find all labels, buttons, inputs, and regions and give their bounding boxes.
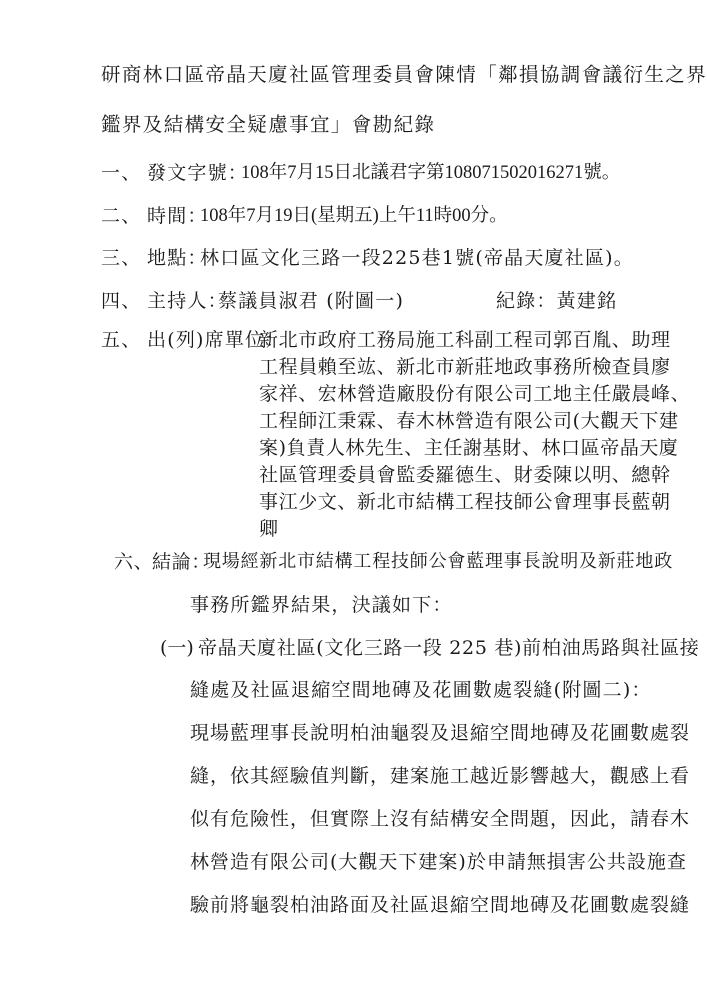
- subsection-marker: (一): [160, 636, 194, 660]
- attendees-line: 事江少文、新北市結構工程技師公會理事長藍朝: [259, 490, 671, 514]
- document-title-line-2: 鑑界及結構安全疑慮事宜」會勘紀錄: [101, 113, 435, 137]
- attendees-line: 新北市政府工務局施工科副工程司郭百胤、助理: [259, 328, 671, 352]
- item-label: 主持人：: [147, 289, 228, 313]
- subsection-body-line: 似有危險性，但實際上沒有結構安全問題，因此，請春木: [190, 807, 690, 831]
- item-marker: 二、: [101, 204, 141, 228]
- attendees-line: 工程師江秉霖、春木林營造有限公司(大觀天下建: [259, 409, 679, 433]
- attendees-line: 社區管理委員會監委羅德生、財委陳以明、總幹: [259, 463, 671, 487]
- subsection-heading-line: 縫處及社區退縮空間地磚及花圃數處裂縫(附圖二)：: [190, 678, 652, 702]
- item-marker: 四、: [101, 289, 141, 313]
- recorder-name: 紀錄：黃建銘: [496, 289, 617, 313]
- item-value: 108年7月19日(星期五)上午11時00分。: [200, 204, 508, 228]
- item-label: 結論：: [152, 550, 211, 574]
- attendees-line: 卿: [259, 517, 279, 541]
- attendees-line: 案)負責人林先生、主任謝基財、林口區帝晶天廈: [259, 436, 679, 460]
- item-value: 林口區文化三路一段225巷1號(帝晶天廈社區)。: [200, 246, 634, 270]
- subsection-body-line: 縫，依其經驗值判斷，建案施工越近影響越大，觀感上看: [190, 764, 690, 788]
- attendees-line: 家祥、宏林營造廠股份有限公司工地主任嚴晨峰、: [259, 382, 690, 406]
- item-label: 時間：: [147, 204, 208, 228]
- subsection-heading-line: 帝晶天廈社區(文化三路一段 225 巷)前柏油馬路與社區接: [198, 636, 699, 660]
- subsection-body-line: 現場藍理事長說明柏油龜裂及退縮空間地磚及花圃數處裂: [190, 721, 690, 745]
- item-label: 地點：: [147, 246, 208, 270]
- item-marker: 三、: [101, 246, 141, 270]
- item-marker: 六、: [114, 550, 153, 574]
- item-marker: 五、: [101, 328, 141, 352]
- document-title-line-1: 研商林口區帝晶天廈社區管理委員會陳情「鄰損協調會議衍生之界址: [101, 63, 707, 87]
- item-label: 發文字號：: [147, 161, 248, 185]
- subsection-body-line: 驗前將龜裂柏油路面及社區退縮空間地磚及花圃數處裂縫: [190, 893, 690, 917]
- attendees-line: 工程員賴至竑、新北市新莊地政事務所檢查員廖: [259, 355, 671, 379]
- subsection-body-line: 林營造有限公司(大觀天下建案)於申請無損害公共設施查: [190, 850, 687, 874]
- item-value: 108年7月15日北議君字第108071502016271號。: [241, 161, 620, 185]
- conclusion-line: 現場經新北市結構工程技師公會藍理事長說明及新莊地政: [203, 550, 673, 574]
- conclusion-line: 事務所鑑界結果，決議如下：: [190, 593, 453, 617]
- item-value: 蔡議員淑君 (附圖一): [218, 289, 404, 313]
- item-marker: 一、: [101, 161, 141, 185]
